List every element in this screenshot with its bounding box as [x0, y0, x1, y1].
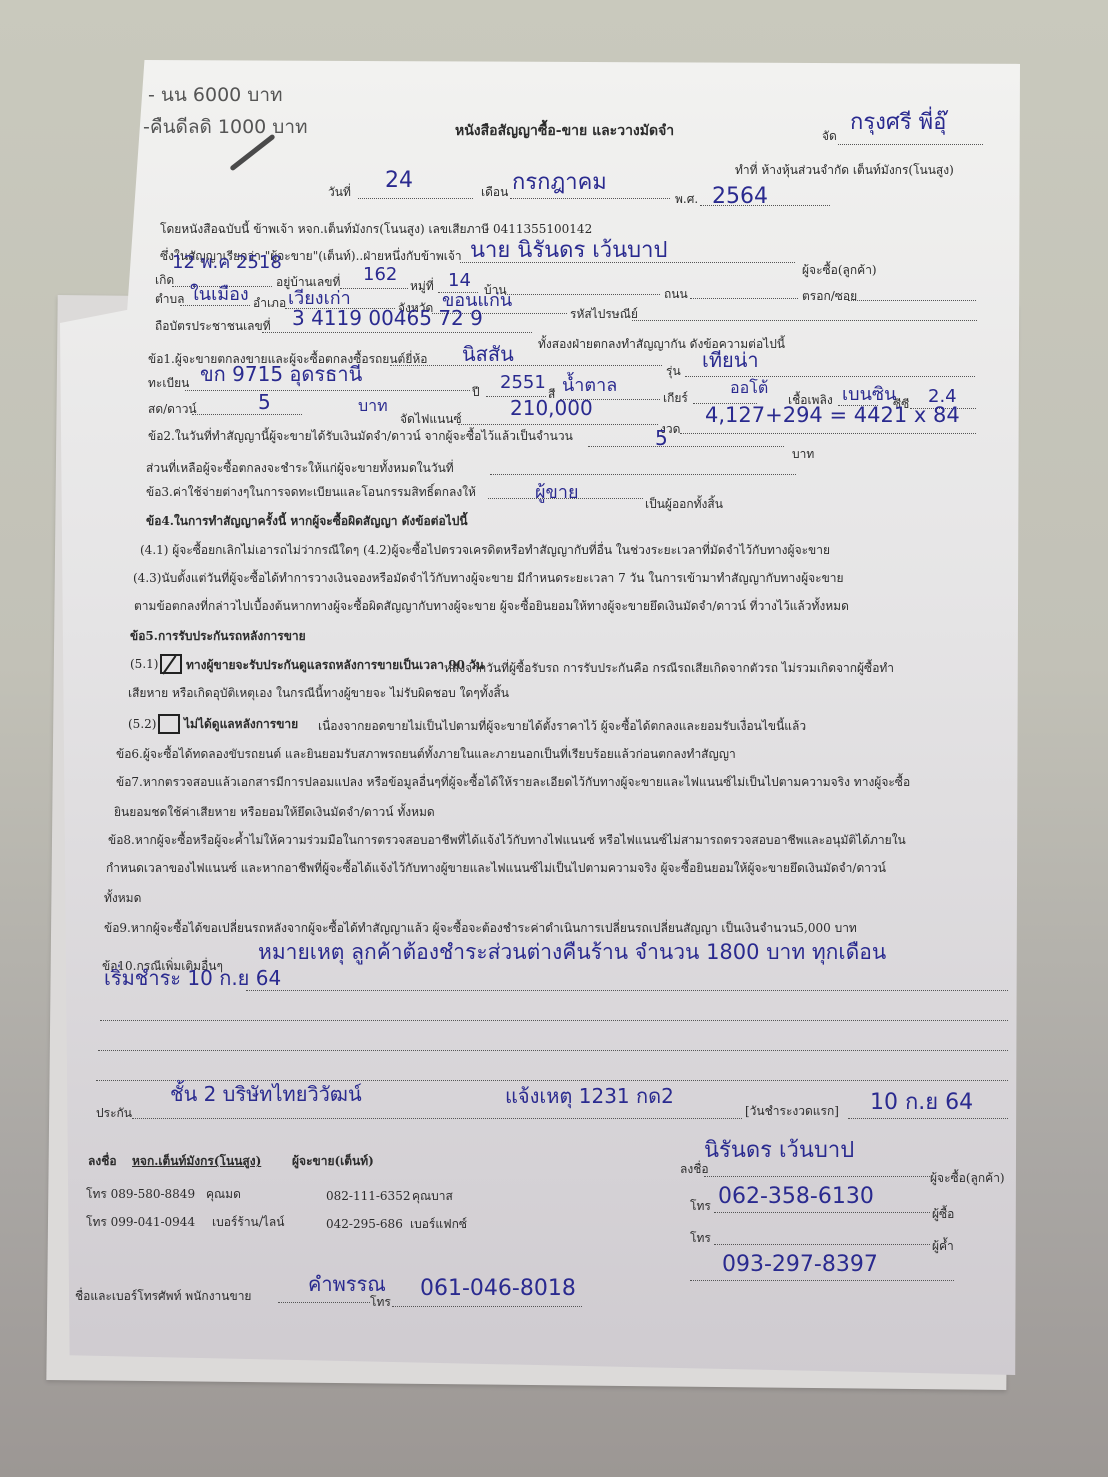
clause10-note[interactable]: หมายเหตุ ลูกค้าต้องชำระส่วนต่างคืนร้าน จ…	[258, 942, 886, 963]
finance-label: จัดไฟแนนซ์	[400, 413, 462, 425]
car-model[interactable]: เทียน่า	[702, 350, 759, 370]
down-unit: บาท	[358, 398, 388, 414]
id-line	[262, 332, 532, 333]
clause8-text: ทั้งหมด	[104, 892, 141, 904]
soi-line	[848, 300, 976, 301]
deposit-amount[interactable]: 5	[655, 428, 668, 448]
born-value[interactable]: 12 พ.ค 2518	[172, 254, 282, 272]
buyer-phone-role: ผู้ซื้อ	[932, 1208, 954, 1220]
option-5-1-text: หลังจากวันที่ผู้ซื้อรับรถ การรับประกันคื…	[444, 662, 894, 674]
year-value[interactable]: 2564	[712, 186, 768, 208]
pencil-note: - นน 6000 บาท	[148, 86, 283, 105]
seller-phone-note: เบอร์แฟกซ์	[410, 1218, 467, 1230]
moo-label: หมู่ที่	[410, 280, 434, 292]
insurance-value[interactable]: ชั้น 2 บริษัทไทยวิวัฒน์	[170, 1084, 362, 1104]
moo-value[interactable]: 14	[448, 272, 471, 290]
road-label: ถนน	[664, 288, 688, 300]
clause7-text: ยินยอมชดใช้ค่าเสียหาย หรือยอมให้ยึดเงินม…	[114, 806, 435, 818]
id-label: ถือบัตรประชาชนเลขที่	[155, 320, 271, 332]
buyer-phone[interactable]: 062-358-6130	[718, 1186, 874, 1208]
year-label-car: ปี	[472, 386, 480, 398]
seller-sign-label: ลงชื่อ	[88, 1155, 117, 1167]
buyer-name[interactable]: นาย นิรันดร เว้นบาป	[470, 240, 667, 262]
amphoe-label: อำเภอ	[253, 297, 286, 309]
model-line	[685, 376, 975, 377]
installment-value[interactable]: 4,127+294 = 4421 x 84	[705, 405, 960, 426]
option-5-1-heading: ทางผู้ขายจะรับประกันดูแลรถหลังการขายเป็น…	[186, 659, 484, 671]
car-color[interactable]: น้ำตาล	[562, 377, 617, 395]
option-5-2-checkbox[interactable]	[158, 714, 180, 734]
first-payment-label: [วันชำระงวดแรก]	[745, 1105, 839, 1117]
note-line	[98, 1050, 1008, 1051]
car-year[interactable]: 2551	[500, 374, 546, 392]
first-payment-line	[848, 1118, 1008, 1119]
installment-line	[680, 433, 976, 434]
buyer-signature-line	[704, 1176, 930, 1177]
down-line	[192, 414, 302, 415]
month-line	[510, 198, 670, 199]
clause6-text: ข้อ6.ผู้จะซื้อได้ทดลองขับรถยนต์ และยินยอ…	[116, 748, 736, 760]
day-label: วันที่	[328, 186, 351, 198]
option-5-2-heading: ไม่ได้ดูแลหลังการขาย	[184, 718, 298, 730]
option-5-2-number: (5.2)	[128, 718, 156, 730]
clause4-line: ตามข้อตกลงที่กล่าวไปเบื้องต้นหากทางผู้จะ…	[134, 600, 849, 612]
salesperson-name-line	[278, 1302, 370, 1303]
pencil-note: -คืนดีลดิ 1000 บาท	[143, 118, 308, 137]
model-label: รุ่น	[666, 365, 681, 377]
salesperson-phone[interactable]: 061-046-8018	[420, 1278, 576, 1300]
salesperson-label: ชื่อและเบอร์โทรศัพท์ พนักงานขาย	[75, 1290, 251, 1302]
option-5-1-checkbox[interactable]	[160, 654, 182, 674]
reg-line	[185, 390, 470, 391]
location-text: ทำที่ ห้างหุ้นส่วนจำกัด เต็นท์มังกร(โนนส…	[735, 164, 954, 176]
guarantor-phone-label: โทร	[690, 1232, 711, 1244]
down-label: สด/ดาวน์	[148, 403, 197, 415]
deposit-unit: บาท	[792, 448, 814, 460]
car-gear[interactable]: ออโต้	[730, 380, 768, 396]
seller-phone: 042-295-686	[326, 1218, 403, 1230]
car-fuel[interactable]: เบนซิน	[842, 386, 896, 404]
note-line	[96, 1080, 1008, 1081]
salesperson-phone-label: โทร	[370, 1296, 391, 1308]
tambon-label: ตำบล	[155, 293, 185, 305]
buyer-role: ผู้จะซื้อ(ลูกค้า)	[802, 264, 877, 276]
born-label: เกิด	[155, 274, 174, 286]
seller-role: ผู้จะขาย(เต็นท์)	[292, 1155, 374, 1167]
id-value[interactable]: 3 4119 00465 72 9	[292, 308, 483, 328]
car-registration[interactable]: ขก 9715 อุดรธานี	[200, 364, 362, 384]
seller-phone-note: เบอร์ร้าน/ไลน์	[212, 1216, 284, 1228]
intro-line: โดยหนังสือฉบับนี้ ข้าพเจ้า หจก.เต็นท์มัง…	[160, 223, 592, 235]
clause3-suffix: เป็นผู้ออกทั้งสิ้น	[645, 498, 723, 510]
buyer-phone-line	[714, 1212, 930, 1213]
clause8-text: กำหนดเวลาของไฟแนนซ์ และหากอาชีพที่ผู้จะซ…	[106, 862, 886, 874]
option-5-1-text: เสียหาย หรือเกิดอุบัติเหตุเอง ในกรณีนี้ท…	[128, 687, 509, 699]
finance-value[interactable]: 210,000	[510, 398, 593, 418]
house-label: อยู่บ้านเลขที่	[276, 276, 340, 288]
note-line	[100, 1020, 1008, 1021]
guarantor-phone[interactable]: 093-297-8397	[722, 1254, 878, 1276]
clause8-text: ข้อ8.หากผู้จะซื้อหรือผู้จะค้ำไม่ให้ความร…	[108, 834, 906, 846]
ad-value[interactable]: กรุงศรี พี่อุ๊	[850, 112, 946, 134]
buyer-sign-role: ผู้จะซื้อ(ลูกค้า)	[930, 1172, 1005, 1184]
clause10-note[interactable]: เริ่มชำระ 10 ก.ย 64	[104, 968, 281, 988]
month-value[interactable]: กรกฎาคม	[512, 172, 607, 194]
tambon-value[interactable]: ในเมือง	[190, 286, 249, 304]
month-label: เดือน	[481, 186, 508, 198]
salesperson-phone-line	[392, 1306, 582, 1307]
house-value[interactable]: 162	[363, 266, 397, 284]
clause7-text: ข้อ7.หากตรวจสอบแล้วเอกสารมีการปลอมแปลง ห…	[116, 776, 910, 788]
reg-label: ทะเบียน	[148, 377, 189, 389]
guarantor-value-line	[690, 1280, 954, 1281]
brand-line	[390, 365, 662, 366]
first-payment-date[interactable]: 10 ก.ย 64	[870, 1092, 973, 1114]
seller-phone: 082-111-6352	[326, 1190, 410, 1202]
seller-phone: โทร 099-041-0944	[86, 1216, 195, 1228]
ad-field-line	[838, 144, 983, 145]
guarantor-role: ผู้ค้ำ	[932, 1240, 954, 1252]
seller-phone: โทร 089-580-8849	[86, 1188, 195, 1200]
salesperson-name[interactable]: คำพรรณ	[308, 1274, 386, 1294]
insurance-note[interactable]: แจ้งเหตุ 1231 กด2	[505, 1086, 674, 1106]
document-title: หนังสือสัญญาซื้อ-ขาย และวางมัดจำ	[455, 124, 674, 138]
postal-line	[632, 320, 977, 321]
note-line	[246, 990, 1008, 991]
finance-line	[458, 424, 658, 425]
remaining-date-line	[490, 474, 796, 475]
clause4-heading: ข้อ4.ในการทำสัญญาครั้งนี้ หากผู้จะซื้อผิ…	[146, 515, 468, 527]
seller-phone-note: คุณบาส	[412, 1190, 453, 1202]
buyer-signature[interactable]: นิรันดร เว้นบาป	[704, 1140, 854, 1162]
day-value[interactable]: 24	[385, 170, 413, 192]
gear-label: เกียร์	[663, 392, 688, 404]
ad-label: จัด	[822, 130, 837, 142]
option-5-2-text: เนื่องจากยอดขายไม่เป็นไปตามที่ผู้จะขายได…	[318, 720, 806, 732]
insurance-label: ประกัน	[96, 1107, 132, 1119]
deposit-line	[588, 446, 784, 447]
buyer-sign-label: ลงชื่อ	[680, 1163, 709, 1175]
car-brand[interactable]: นิสสัน	[462, 344, 514, 364]
seller-name: หจก.เต็นท์มังกร(โนนสูง)	[132, 1155, 261, 1167]
clause5-heading: ข้อ5.การรับประกันรถหลังการขาย	[130, 630, 306, 642]
fee-payer[interactable]: ผู้ขาย	[535, 484, 579, 502]
village-line	[505, 294, 660, 295]
clause4-line: (4.1) ผู้จะซื้อยกเลิกไม่เอารถไม่ว่ากรณีใ…	[140, 544, 830, 556]
insurance-line	[132, 1118, 742, 1119]
down-value[interactable]: 5	[258, 392, 271, 412]
postal-label: รหัสไปรษณีย์	[570, 308, 638, 320]
clause2-line: ส่วนที่เหลือผู้จะซื้อตกลงจะชำระให้แก่ผู้…	[146, 462, 454, 474]
option-5-1-number: (5.1)	[130, 658, 158, 670]
clause9-text: ข้อ9.หากผู้จะซื้อได้ขอเปลี่ยนรถหลังจากผู…	[104, 922, 857, 934]
buyer-phone-label: โทร	[690, 1200, 711, 1212]
clause4-line: (4.3)นับตั้งแต่วันที่ผู้จะซื้อได้ทำการวา…	[133, 572, 844, 584]
day-line	[358, 198, 473, 199]
year-label: พ.ศ.	[675, 193, 698, 205]
clause3-label: ข้อ3.ค่าใช้จ่ายต่างๆในการจดทะเบียนและโอน…	[146, 486, 476, 498]
seller-phone-note: คุณมด	[206, 1188, 241, 1200]
tambon-line	[180, 305, 250, 306]
clause2-line: ข้อ2.ในวันที่ทำสัญญานี้ผู้จะขายได้รับเงิ…	[148, 430, 573, 442]
guarantor-phone-line	[714, 1244, 930, 1245]
road-line	[690, 298, 798, 299]
